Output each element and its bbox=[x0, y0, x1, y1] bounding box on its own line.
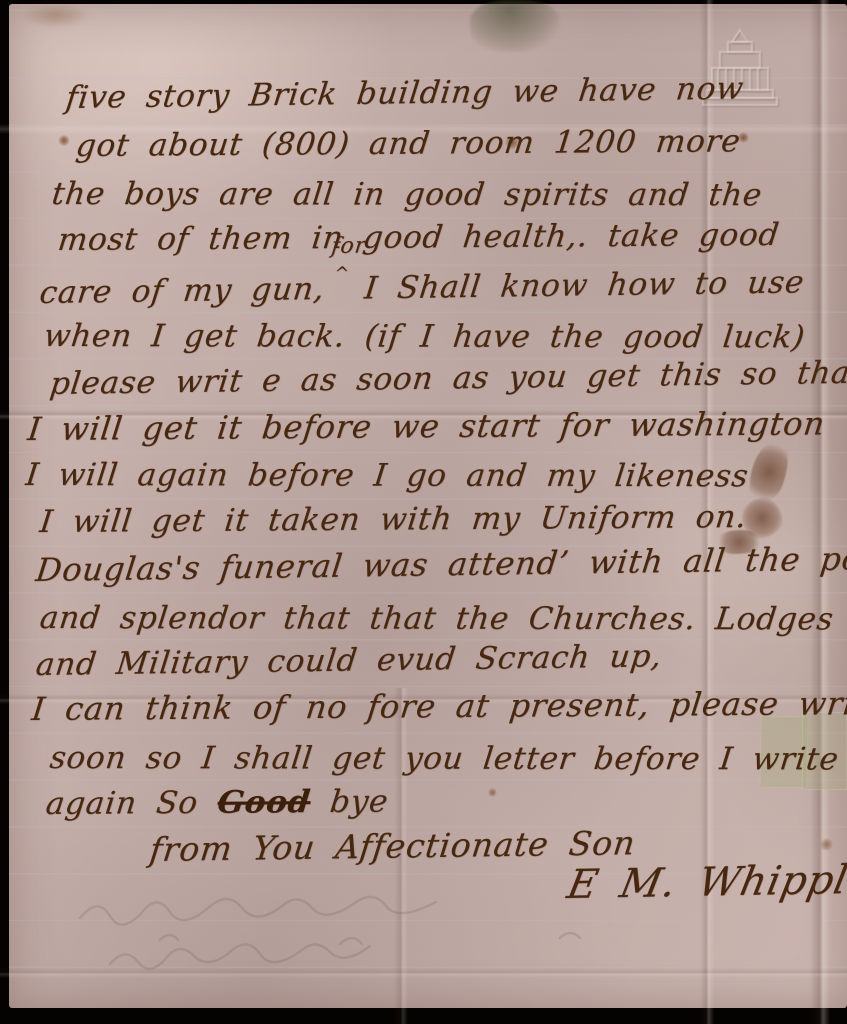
line-text: again So bbox=[44, 785, 220, 822]
handwriting-line-8: I will get it before we start for washin… bbox=[26, 404, 827, 448]
line-text: I will again before I go and my likeness bbox=[24, 457, 751, 494]
stain-dot bbox=[58, 135, 70, 146]
stain-dot bbox=[820, 838, 833, 851]
insertion-caret: ^ bbox=[333, 264, 350, 284]
handwriting-line-4: most of them in good health,. take good bbox=[56, 217, 782, 258]
ink-dot bbox=[488, 788, 497, 797]
signature: E M. Whipple bbox=[564, 857, 847, 908]
closing-line: from You Affectionate Son bbox=[148, 823, 638, 869]
line-text: the boys are all in good spirits and the bbox=[50, 176, 764, 213]
paper-stain bbox=[20, 2, 90, 28]
insertion: for^ bbox=[323, 267, 367, 299]
line-text: and splendor that that the Churches. Lod… bbox=[38, 600, 836, 637]
handwriting-line-2: got about (800) and room 1200 more bbox=[74, 123, 743, 164]
line-text: I will get it taken with my Uniform on. bbox=[38, 499, 749, 540]
handwriting-line-10: I will get it taken with my Uniform on. bbox=[38, 499, 749, 540]
line-text: care of my gun, bbox=[38, 271, 327, 311]
line-text: I will get it before we start for washin… bbox=[26, 404, 827, 448]
insertion-word: for bbox=[330, 234, 367, 259]
line-text: got about (800) and room 1200 more bbox=[74, 123, 743, 164]
handwriting-line-9: I will again before I go and my likeness bbox=[24, 457, 751, 494]
line-text: I Shall know how to use bbox=[363, 264, 807, 306]
ink-smudge bbox=[470, 0, 560, 52]
signature-text: E M. Whipple bbox=[564, 857, 847, 908]
overwritten-word: Good bbox=[216, 784, 313, 821]
line-text: bye bbox=[308, 784, 390, 821]
line-text: most of them in good health,. take good bbox=[56, 217, 782, 258]
handwriting-line-3: the boys are all in good spirits and the bbox=[50, 176, 764, 213]
line-text: I can think of no fore at present, pleas… bbox=[30, 684, 847, 728]
scanned-letter: five story Brick building we have now go… bbox=[0, 0, 847, 1024]
handwriting-line-15: soon so I shall get you letter before I … bbox=[48, 740, 841, 777]
line-text: soon so I shall get you letter before I … bbox=[48, 740, 841, 777]
handwriting-line-16: again So Good bye bbox=[44, 784, 390, 822]
handwriting-line-6: when I get back. (if I have the good luc… bbox=[42, 318, 807, 355]
handwriting-line-14: I can think of no fore at present, pleas… bbox=[30, 684, 847, 728]
handwriting-line-12: and splendor that that the Churches. Lod… bbox=[38, 600, 836, 637]
line-text: when I get back. (if I have the good luc… bbox=[42, 318, 807, 355]
line-text: from You Affectionate Son bbox=[148, 823, 638, 869]
